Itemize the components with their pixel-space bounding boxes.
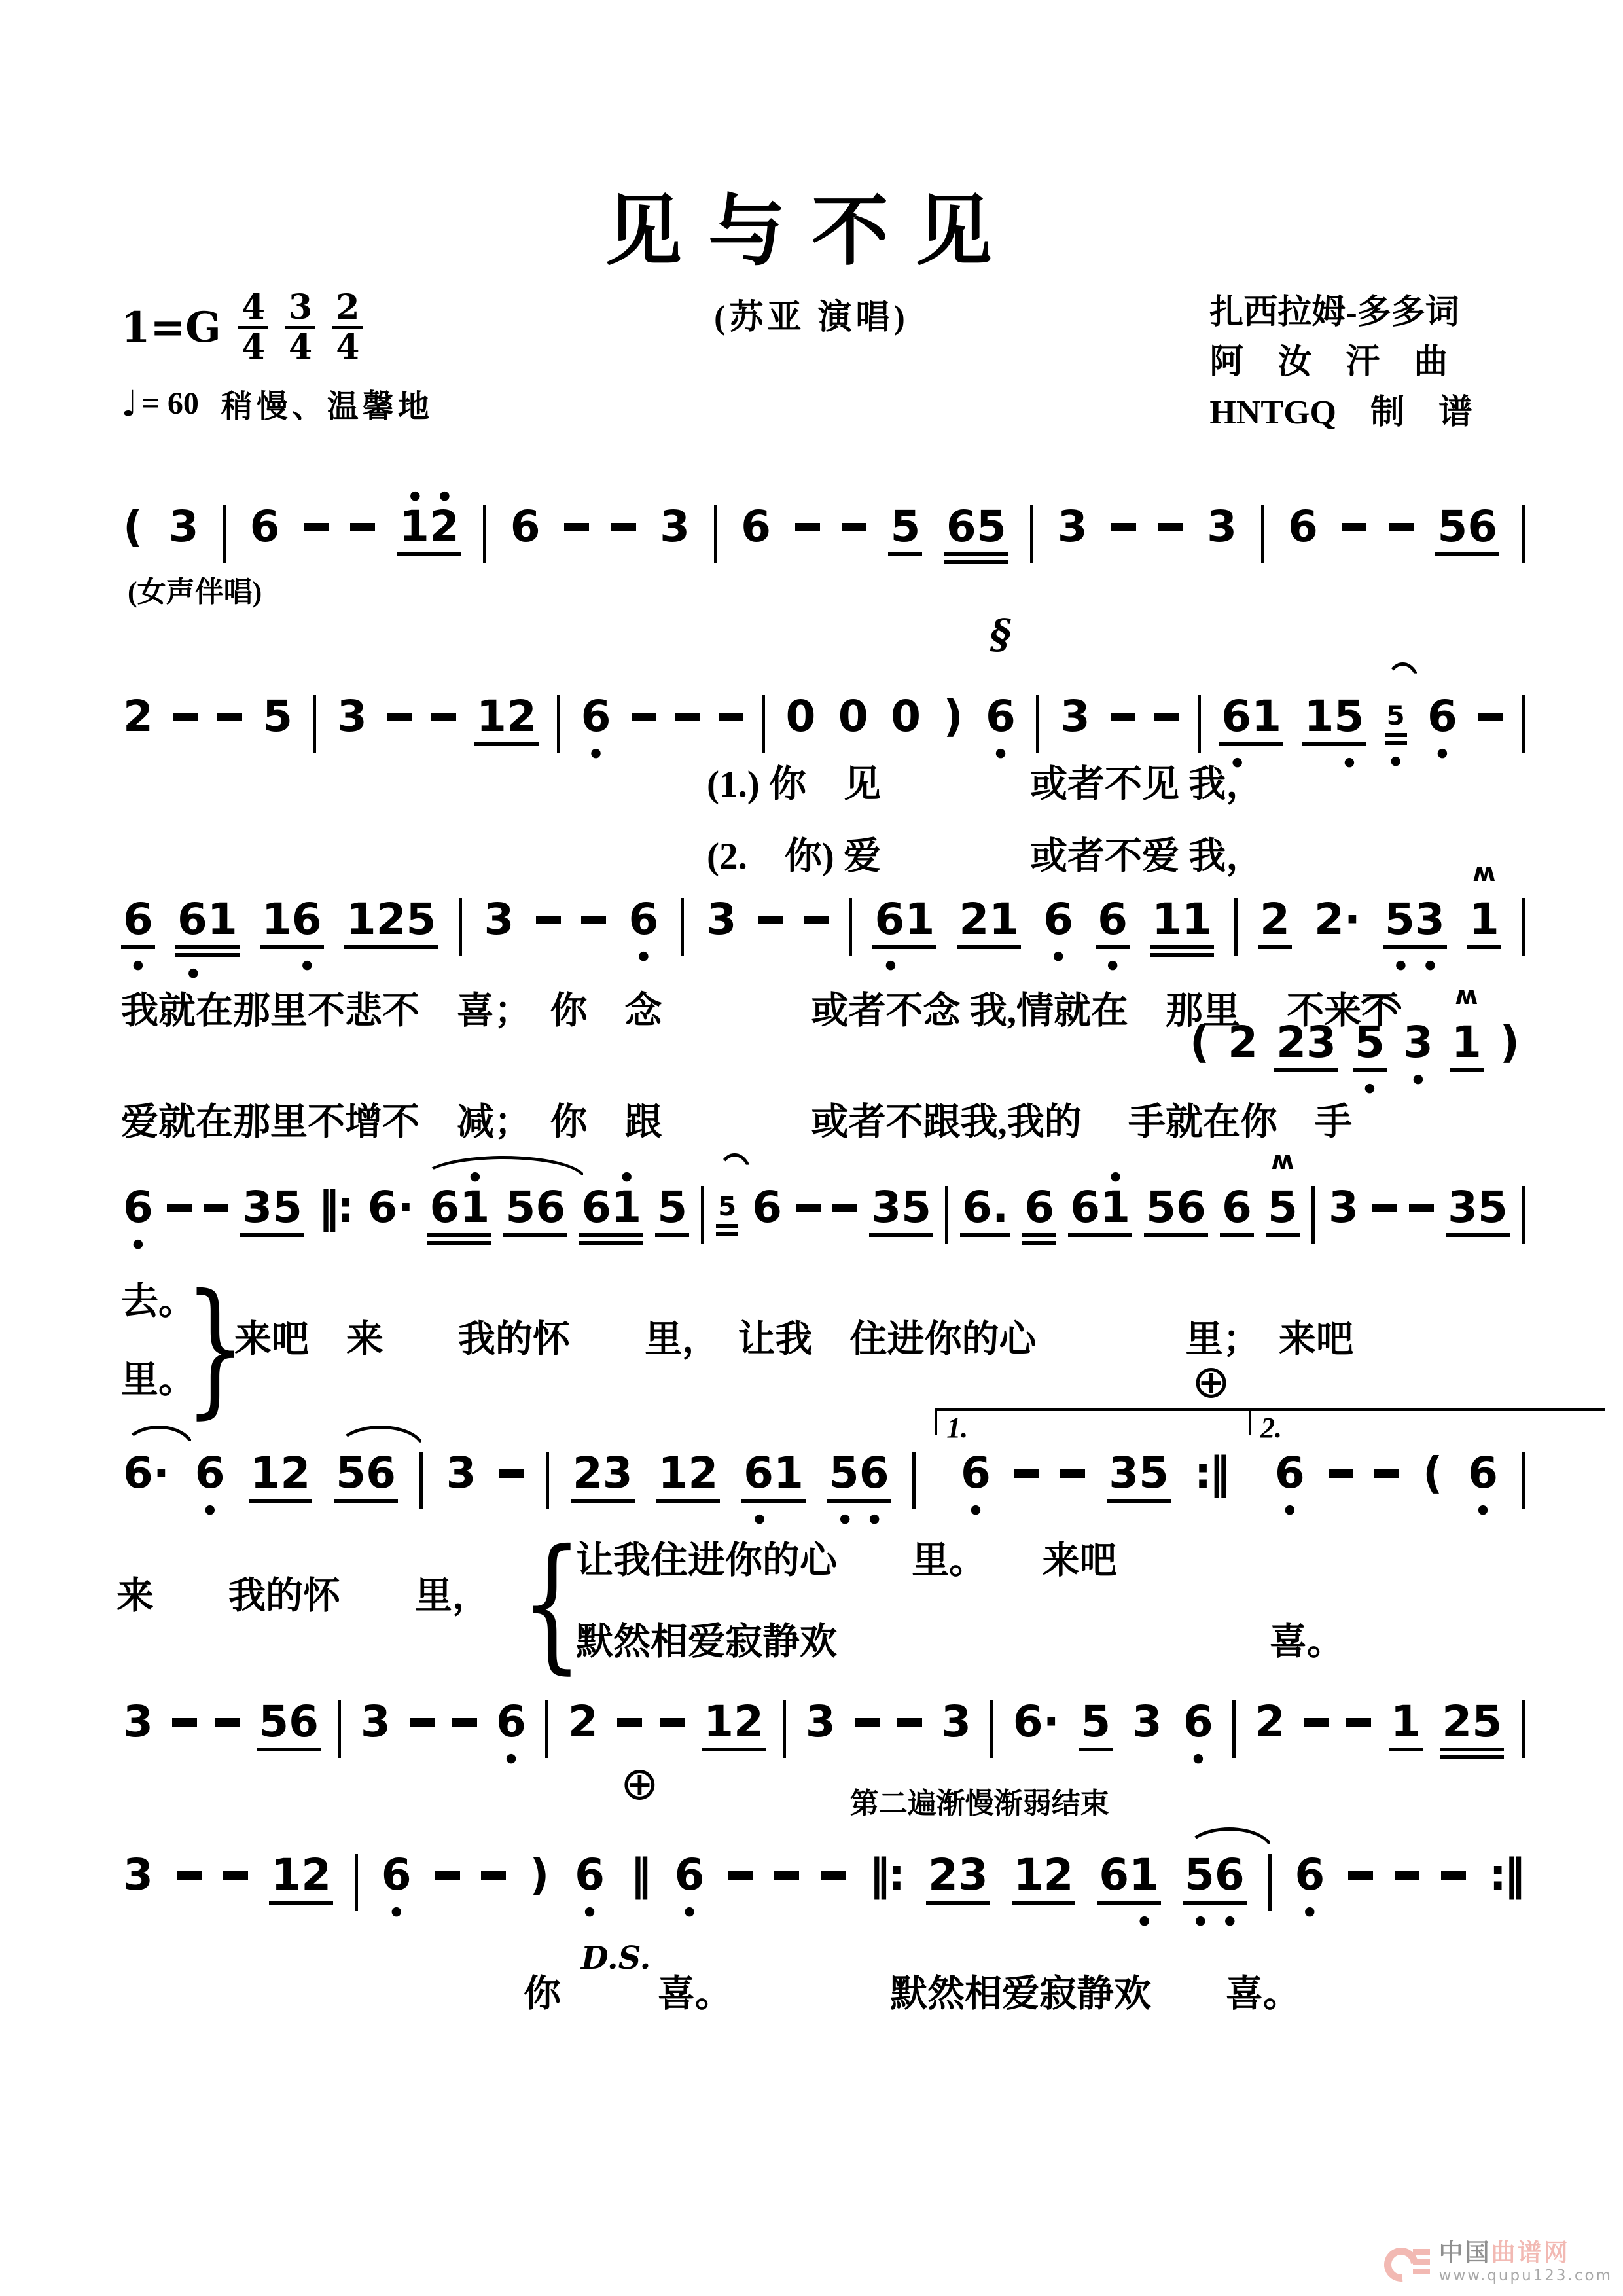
- lyric-brace: }: [185, 1263, 246, 1432]
- octave-dot: ●: [584, 1905, 596, 1918]
- octave-dot: ●: [1478, 1503, 1489, 1516]
- glyph: 65: [944, 505, 1008, 564]
- octave-dot: ●: [1110, 1170, 1121, 1183]
- repeat-barline: :‖⊕: [1192, 1452, 1230, 1499]
- glyph: 35: [1446, 1186, 1510, 1237]
- barline: [701, 1186, 704, 1244]
- note-token: 125: [344, 898, 438, 949]
- duration-dash: [1441, 1854, 1466, 1880]
- glyph: [536, 916, 561, 924]
- glyph: 0: [836, 695, 870, 742]
- glyph: 2: [121, 695, 155, 742]
- octave-dot: ●: [439, 490, 450, 502]
- glyph: [1014, 1469, 1039, 1478]
- note-token: 6: [1220, 1186, 1254, 1237]
- glyph: 61: [1219, 695, 1283, 746]
- trill-icon: ʍ: [1271, 1148, 1294, 1173]
- barline: [1522, 898, 1525, 956]
- glyph: ‖:: [867, 1854, 904, 1901]
- octave-dot: ●: [133, 959, 144, 971]
- duration-dash: [1348, 1854, 1373, 1880]
- glyph: 2: [566, 1700, 600, 1748]
- parenthesis: ): [1498, 1021, 1522, 1068]
- barline: [419, 1452, 423, 1509]
- glyph: [1158, 523, 1183, 531]
- volta-number: 1.: [946, 1411, 968, 1444]
- octave-dot: ●: [1390, 755, 1401, 767]
- note-token: 6●: [959, 1452, 993, 1499]
- note-token: 61●: [579, 1186, 643, 1245]
- octave-dot: ●: [590, 747, 601, 759]
- glyph: [701, 1186, 704, 1244]
- note-token: 3: [444, 1452, 478, 1499]
- tempo-value: = 60: [141, 386, 198, 422]
- glyph: [1348, 1871, 1373, 1880]
- note-token: 61●: [1097, 1854, 1161, 1905]
- duration-dash: [167, 1186, 192, 1212]
- glyph: [1374, 1469, 1399, 1478]
- glyph: ): [527, 1854, 551, 1901]
- note-token: 3: [482, 898, 516, 945]
- barline: [681, 898, 684, 956]
- note-token: 2·: [1312, 898, 1363, 945]
- glyph: [762, 695, 765, 753]
- repeat-barline: ‖⊕: [628, 1854, 651, 1901]
- glyph: [435, 1871, 460, 1880]
- glyph: [990, 1700, 993, 1758]
- lyric-line: (女声伴唱): [128, 568, 262, 610]
- note-token: 1ʍ: [1450, 1021, 1484, 1072]
- note-token: 6●: [627, 898, 661, 945]
- duration-dash: [581, 898, 606, 924]
- glyph: [1154, 713, 1179, 721]
- glyph: 61: [741, 1452, 806, 1503]
- note-token: 12: [702, 1700, 766, 1751]
- tie-arc: [123, 1426, 194, 1449]
- duration-dash: [611, 505, 636, 531]
- glyph: [842, 523, 866, 531]
- note-token: 12: [249, 1452, 313, 1503]
- duration-dash: [1409, 1186, 1434, 1212]
- duration-dash: [804, 898, 829, 924]
- glyph: 3: [1056, 505, 1090, 552]
- note-token: 6·: [365, 1186, 416, 1233]
- barline: [1036, 695, 1039, 753]
- octave-dot: ●: [391, 1905, 402, 1918]
- glyph: [1304, 1718, 1329, 1727]
- glyph: [855, 1718, 880, 1727]
- duration-dash: [719, 695, 743, 721]
- note-token: 6: [508, 505, 543, 552]
- barline: [1261, 505, 1264, 563]
- glyph: [912, 1452, 916, 1509]
- watermark: 中国曲谱网 www.qupu123.com: [1384, 2240, 1613, 2284]
- glyph: 6: [1425, 695, 1459, 742]
- octave-dot: ●: [621, 1170, 632, 1183]
- duration-dash: [223, 1854, 248, 1880]
- glyph: 61: [1097, 1854, 1161, 1905]
- duration-dash: [173, 695, 198, 721]
- glyph: [223, 505, 226, 563]
- glyph: 5: [655, 1186, 689, 1237]
- duration-dash: [452, 1700, 477, 1727]
- duration-dash: [564, 505, 589, 531]
- glyph: 5: [1385, 703, 1407, 745]
- segno-icon: §: [990, 614, 1011, 655]
- glyph: 35: [240, 1186, 304, 1237]
- note-token: 61●: [741, 1452, 806, 1503]
- glyph: [483, 505, 486, 563]
- glyph: 53: [1383, 898, 1447, 949]
- octave-dot: ●: [840, 1513, 851, 1525]
- page-title: 见与不见: [0, 169, 1623, 280]
- note-token: 6●: [494, 1700, 528, 1748]
- barline: [483, 505, 486, 563]
- glyph: 0: [783, 695, 817, 742]
- parenthesis: (: [1421, 1452, 1444, 1499]
- glyph: [1522, 1186, 1525, 1244]
- duration-dash: [1158, 505, 1183, 531]
- watermark-cn-pink: 曲谱网: [1491, 2240, 1570, 2267]
- grace-note: 5: [716, 1179, 738, 1236]
- octave-dot: ●: [188, 967, 199, 979]
- glyph: [481, 1871, 506, 1880]
- glyph: [945, 1186, 948, 1244]
- note-token: 6●: [1425, 695, 1459, 742]
- note-token: 6●: [579, 695, 613, 742]
- glyph: :‖: [1192, 1452, 1230, 1499]
- barline: [557, 695, 560, 753]
- music-system-7: 35636●212336·536●2125: [121, 1700, 1525, 1759]
- glyph: [173, 713, 198, 721]
- repeat-barline: :‖: [1487, 1854, 1524, 1901]
- glyph: 2: [1253, 1700, 1287, 1748]
- glyph: 6: [959, 1452, 993, 1499]
- glyph: 56: [827, 1452, 891, 1503]
- glyph: 3: [167, 505, 201, 552]
- note-token: 3: [335, 695, 369, 742]
- glyph: 5: [888, 505, 922, 556]
- volta-number: 2.: [1260, 1411, 1282, 1444]
- note-token: 3: [167, 505, 201, 552]
- lyric-line: 来 我的怀 里，: [116, 1566, 490, 1619]
- glyph: 6·: [1011, 1700, 1061, 1748]
- glyph: 3: [939, 1700, 973, 1748]
- note-token: 53●●: [1383, 898, 1447, 949]
- note-token: 12: [656, 1452, 720, 1503]
- lyric-line: 让我住进你的心 里。 来吧: [576, 1530, 1117, 1584]
- barline: [459, 898, 462, 956]
- glyph: [172, 1718, 197, 1727]
- note-token: 6●: [1181, 1700, 1215, 1748]
- octave-dot: ●: [638, 950, 649, 962]
- glyph: 3: [482, 898, 516, 945]
- glyph: 125: [344, 898, 438, 949]
- glyph: [1522, 695, 1525, 753]
- octave-dot: ●: [1395, 959, 1406, 971]
- glyph: [304, 523, 329, 531]
- duration-dash: [897, 1700, 922, 1727]
- barline: [1030, 505, 1033, 563]
- note-token: 1: [1389, 1700, 1423, 1751]
- glyph: [1522, 898, 1525, 956]
- glyph: 12: [1012, 1854, 1076, 1905]
- volta-line: [1249, 1408, 1605, 1435]
- barline: [783, 1700, 786, 1758]
- glyph: [774, 1871, 799, 1880]
- duration-dash: [632, 695, 656, 721]
- duration-dash: [1372, 1186, 1397, 1212]
- duration-dash: [387, 695, 412, 721]
- glyph: [1268, 1854, 1272, 1911]
- direction-text: 第二遍渐慢渐弱结束: [850, 1789, 1109, 1818]
- glyph: 6: [380, 1854, 414, 1901]
- glyph: [1111, 523, 1136, 531]
- glyph: [1409, 1204, 1434, 1212]
- music-system-3: 6●61●16●12536●361●216●6●1122·53●●1ʍ: [121, 898, 1525, 957]
- glyph: [660, 1718, 685, 1727]
- duration-dash: [832, 1186, 857, 1212]
- glyph: [611, 523, 636, 531]
- glyph: 6: [193, 1452, 227, 1499]
- coda-icon: ⊕: [620, 1761, 659, 1806]
- note-token: 65: [944, 505, 1008, 564]
- glyph: ‖:: [316, 1186, 353, 1233]
- lyric-line: 爱就在那里不增不 减； 你 跟 或者不跟我,我的 手就在你 手: [121, 1092, 1352, 1145]
- glyph: [557, 695, 560, 753]
- glyph: 6: [1293, 1854, 1327, 1901]
- note-token: 56: [257, 1700, 321, 1751]
- note-token: 56: [1435, 505, 1499, 556]
- duration-dash: [1342, 505, 1366, 531]
- duration-dash: [172, 1700, 197, 1727]
- glyph: 1: [1450, 1021, 1484, 1072]
- octave-dot: ●: [1285, 1503, 1296, 1516]
- octave-dot: ●: [754, 1513, 765, 1525]
- note-token: 6: [1022, 1186, 1056, 1245]
- note-token: 6●: [673, 1854, 707, 1901]
- glyph: 5: [716, 1194, 738, 1236]
- tie-arc: [717, 1153, 752, 1177]
- octave-dot: ●: [506, 1752, 517, 1765]
- glyph: 1: [1389, 1700, 1423, 1751]
- lyric-line: 我就在那里不悲不 喜； 你 念 或者不念 我,情就在 那里 不来不: [121, 980, 1399, 1034]
- note-token: 12●●: [397, 505, 461, 556]
- barline: [1268, 1854, 1272, 1911]
- glyph: 0: [889, 695, 923, 742]
- note-token: 25: [1440, 1700, 1504, 1759]
- note-token: 6●: [380, 1854, 414, 1901]
- tempo-description: 稍慢、温馨地: [221, 381, 433, 426]
- note-token: 35: [1107, 1452, 1171, 1503]
- note-token: 3: [121, 1700, 155, 1748]
- glyph: 12: [269, 1854, 333, 1905]
- trill-icon: ʍ: [1472, 860, 1495, 885]
- glyph: 2·: [1312, 898, 1363, 945]
- glyph: 3: [121, 1700, 155, 1748]
- note-token: 5: [888, 505, 922, 556]
- note-token: 61●: [1219, 695, 1283, 746]
- glyph: [1522, 1700, 1525, 1758]
- glyph: 3: [1130, 1700, 1164, 1748]
- note-token: 6●: [1293, 1854, 1327, 1901]
- duration-dash: [1111, 695, 1135, 721]
- duration-dash: [796, 1186, 821, 1212]
- glyph: [1234, 898, 1238, 956]
- duration-dash: [1395, 1854, 1419, 1880]
- note-token: 3: [1327, 1186, 1361, 1233]
- lyric-line: D.S.: [581, 1940, 651, 1977]
- glyph: [546, 1452, 549, 1509]
- credits-block: 扎西拉姆-多多词 阿 汝 汗 曲 HNTGQ 制 谱: [1209, 288, 1472, 438]
- sheet-music-page: 见与不见 (苏亚 演唱) 1=G 4 4 3 4 2 4 ♩ = 60 稍慢、温…: [0, 0, 1623, 2296]
- watermark-url: www.qupu123.com: [1439, 2267, 1613, 2284]
- glyph: [1232, 1700, 1236, 1758]
- music-system-5: 6●35‖:6·61●5661●556356.661●5665ʍ335: [121, 1186, 1525, 1245]
- octave-dot: ●: [1304, 1905, 1315, 1918]
- glyph: [1036, 695, 1039, 753]
- note-token: 61●: [1068, 1186, 1132, 1237]
- glyph: [338, 1700, 341, 1758]
- glyph: 3: [1327, 1186, 1361, 1233]
- glyph: ): [941, 695, 965, 742]
- glyph: [1372, 1204, 1397, 1212]
- note-token: 3: [804, 1700, 838, 1748]
- glyph: 61: [175, 898, 240, 957]
- qupu-logo-icon: [1384, 2244, 1433, 2282]
- octave-dot: ●: [1193, 1752, 1204, 1765]
- glyph: [452, 1718, 477, 1727]
- glyph: ‖: [628, 1854, 651, 1901]
- note-token: 3: [939, 1700, 973, 1748]
- glyph: ): [1498, 1021, 1522, 1068]
- glyph: 6: [1466, 1452, 1500, 1499]
- barline: [849, 898, 852, 956]
- note-token: 61●: [175, 898, 240, 957]
- duration-dash: [795, 505, 820, 531]
- note-token: 35: [240, 1186, 304, 1237]
- note-token: 23: [926, 1854, 990, 1905]
- octave-dot: ●: [133, 1238, 144, 1250]
- note-token: 56: [334, 1452, 398, 1503]
- glyph: [499, 1469, 524, 1478]
- glyph: [564, 523, 589, 531]
- glyph: [832, 1204, 857, 1212]
- note-token: 5: [655, 1186, 689, 1237]
- lyric-line: 喜。: [658, 1964, 732, 2017]
- glyph: 3: [444, 1452, 478, 1499]
- duration-dash: [758, 898, 783, 924]
- note-token: 6●: [1096, 898, 1130, 949]
- glyph: [1346, 1718, 1371, 1727]
- duration-dash: [350, 505, 375, 531]
- note-token: 6: [750, 1186, 784, 1233]
- glyph: [849, 898, 852, 956]
- barline: [1234, 898, 1238, 956]
- duration-dash: [1060, 1452, 1085, 1478]
- barline: [1522, 1452, 1525, 1509]
- barline: [1232, 1700, 1236, 1758]
- glyph: [167, 1204, 192, 1212]
- octave-dot: ●: [1107, 959, 1118, 971]
- note-token: 3: [658, 505, 692, 552]
- octave-dot: ●: [869, 1513, 880, 1525]
- watermark-cn-gray: 中国: [1439, 2240, 1491, 2267]
- barline: [1522, 1186, 1525, 1244]
- music-system-2: 253126●000)6●§361●15●5●6●: [121, 695, 1525, 753]
- meter-fraction-2: 3 4: [285, 289, 315, 366]
- glyph: 15: [1302, 695, 1366, 746]
- glyph: 61: [1068, 1186, 1132, 1237]
- note-token: 6·: [121, 1452, 171, 1499]
- glyph: [1522, 505, 1525, 563]
- glyph: 5: [1079, 1700, 1113, 1751]
- barline: [338, 1700, 341, 1758]
- note-token: 6●: [121, 898, 155, 949]
- music-system-8: 3126●)6●‖⊕6●‖:第二遍渐慢渐弱结束231261●56●●6●:‖: [121, 1854, 1525, 1911]
- glyph: 23: [926, 1854, 990, 1905]
- glyph: [1522, 1452, 1525, 1509]
- duration-dash: [617, 1700, 642, 1727]
- glyph: [217, 713, 242, 721]
- glyph: [617, 1718, 642, 1727]
- glyph: 5: [260, 695, 294, 742]
- duration-dash: [855, 1700, 880, 1727]
- note-token: 5: [260, 695, 294, 742]
- note-token: 56●●: [827, 1452, 891, 1503]
- octave-dot: ●: [1053, 950, 1064, 962]
- glyph: [783, 1700, 786, 1758]
- octave-dot: ●: [1195, 1914, 1206, 1927]
- octave-dot: ●: [204, 1503, 215, 1516]
- glyph: [1311, 1186, 1315, 1244]
- repeat-barline: ‖:第二遍渐慢渐弱结束: [867, 1854, 904, 1901]
- tie-arc: [1185, 1827, 1274, 1851]
- note-token: 5ʍ: [1266, 1186, 1300, 1237]
- tie-arc: [420, 1156, 587, 1179]
- glyph: 25: [1440, 1700, 1504, 1759]
- barline: [990, 1700, 993, 1758]
- duration-dash: [675, 695, 700, 721]
- octave-dot: ●: [1344, 756, 1355, 768]
- note-token: 6●: [573, 1854, 607, 1901]
- glyph: [215, 1718, 240, 1727]
- glyph: 56: [1435, 505, 1499, 556]
- glyph: 3: [804, 1700, 838, 1748]
- duration-dash: [410, 1700, 435, 1727]
- glyph: 6: [627, 898, 661, 945]
- glyph: [1395, 1871, 1419, 1880]
- glyph: 6: [1096, 898, 1130, 949]
- glyph: 6·: [121, 1452, 171, 1499]
- glyph: [632, 713, 656, 721]
- note-token: 35: [1446, 1186, 1510, 1237]
- glyph: 2: [1258, 898, 1292, 949]
- glyph: [313, 695, 316, 753]
- lyric-line: 默然相爱寂静欢: [576, 1611, 837, 1665]
- duration-dash: [435, 1854, 460, 1880]
- glyph: 3: [359, 1700, 393, 1748]
- note-token: 6●: [1466, 1452, 1500, 1499]
- music-system-1: (3612●●63656533656: [121, 505, 1525, 564]
- glyph: [350, 523, 375, 531]
- barline: [355, 1854, 358, 1911]
- barline: [546, 1452, 549, 1509]
- note-token: 15●: [1302, 695, 1366, 746]
- barline: [313, 695, 316, 753]
- glyph: 56: [503, 1186, 567, 1237]
- lyric-line: 默然相爱寂静欢 喜。: [890, 1964, 1300, 2017]
